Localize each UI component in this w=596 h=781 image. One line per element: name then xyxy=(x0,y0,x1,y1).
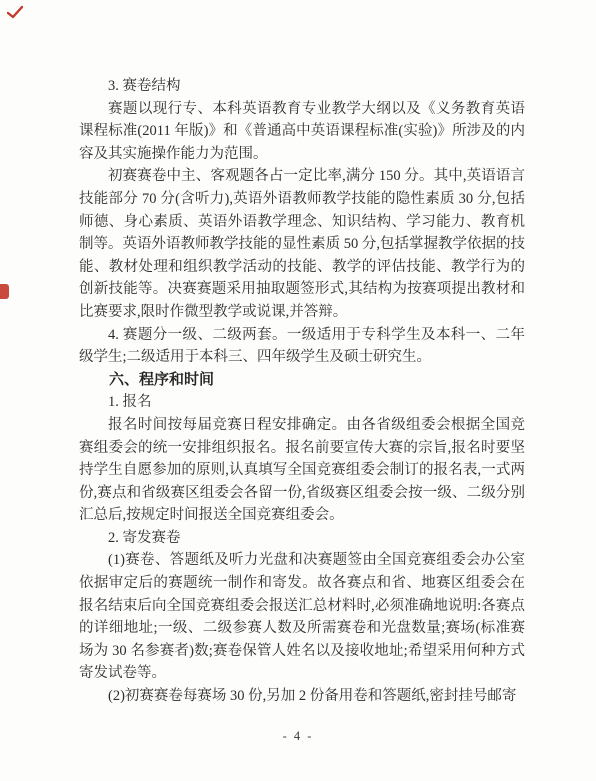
subheading-3-paper-structure: 3. 赛卷结构 xyxy=(79,75,525,98)
red-stamp-fragment xyxy=(0,284,9,299)
paragraph-scope: 赛题以现行专、本科英语教育专业教学大纲以及《义务教育英语课程标准(2011 年版… xyxy=(79,98,525,166)
heading-6-procedure-and-time: 六、程序和时间 xyxy=(79,369,525,392)
document-text-block: 3. 赛卷结构 赛题以现行专、本科英语教育专业教学大纲以及《义务教育英语课程标准… xyxy=(79,75,525,708)
subheading-1-registration: 1. 报名 xyxy=(79,391,525,414)
paragraph-send-papers-2: (2)初赛赛卷每赛场 30 份,另加 2 份备用卷和答题纸,密封挂号邮寄 xyxy=(79,685,525,708)
page-number: - 4 - xyxy=(0,729,596,744)
subheading-2-send-papers: 2. 寄发赛卷 xyxy=(79,527,525,550)
red-pen-tick-icon xyxy=(7,5,23,19)
paragraph-registration: 报名时间按每届竞赛日程安排确定。由各省级组委会根据全国竞赛组委会的统一安排组织报… xyxy=(79,414,525,527)
paragraph-score-distribution: 初赛赛卷中主、客观题各占一定比率,满分 150 分。其中,英语语言技能部分 70… xyxy=(79,165,525,323)
paragraph-levels: 4. 赛题分一级、二级两套。一级适用于专科学生及本科一、二年级学生;二级适用于本… xyxy=(79,324,525,369)
document-page: 3. 赛卷结构 赛题以现行专、本科英语教育专业教学大纲以及《义务教育英语课程标准… xyxy=(0,0,596,781)
paragraph-send-papers-1: (1)赛卷、答题纸及听力光盘和决赛题签由全国竞赛组委会办公室依据审定后的赛题统一… xyxy=(79,549,525,685)
